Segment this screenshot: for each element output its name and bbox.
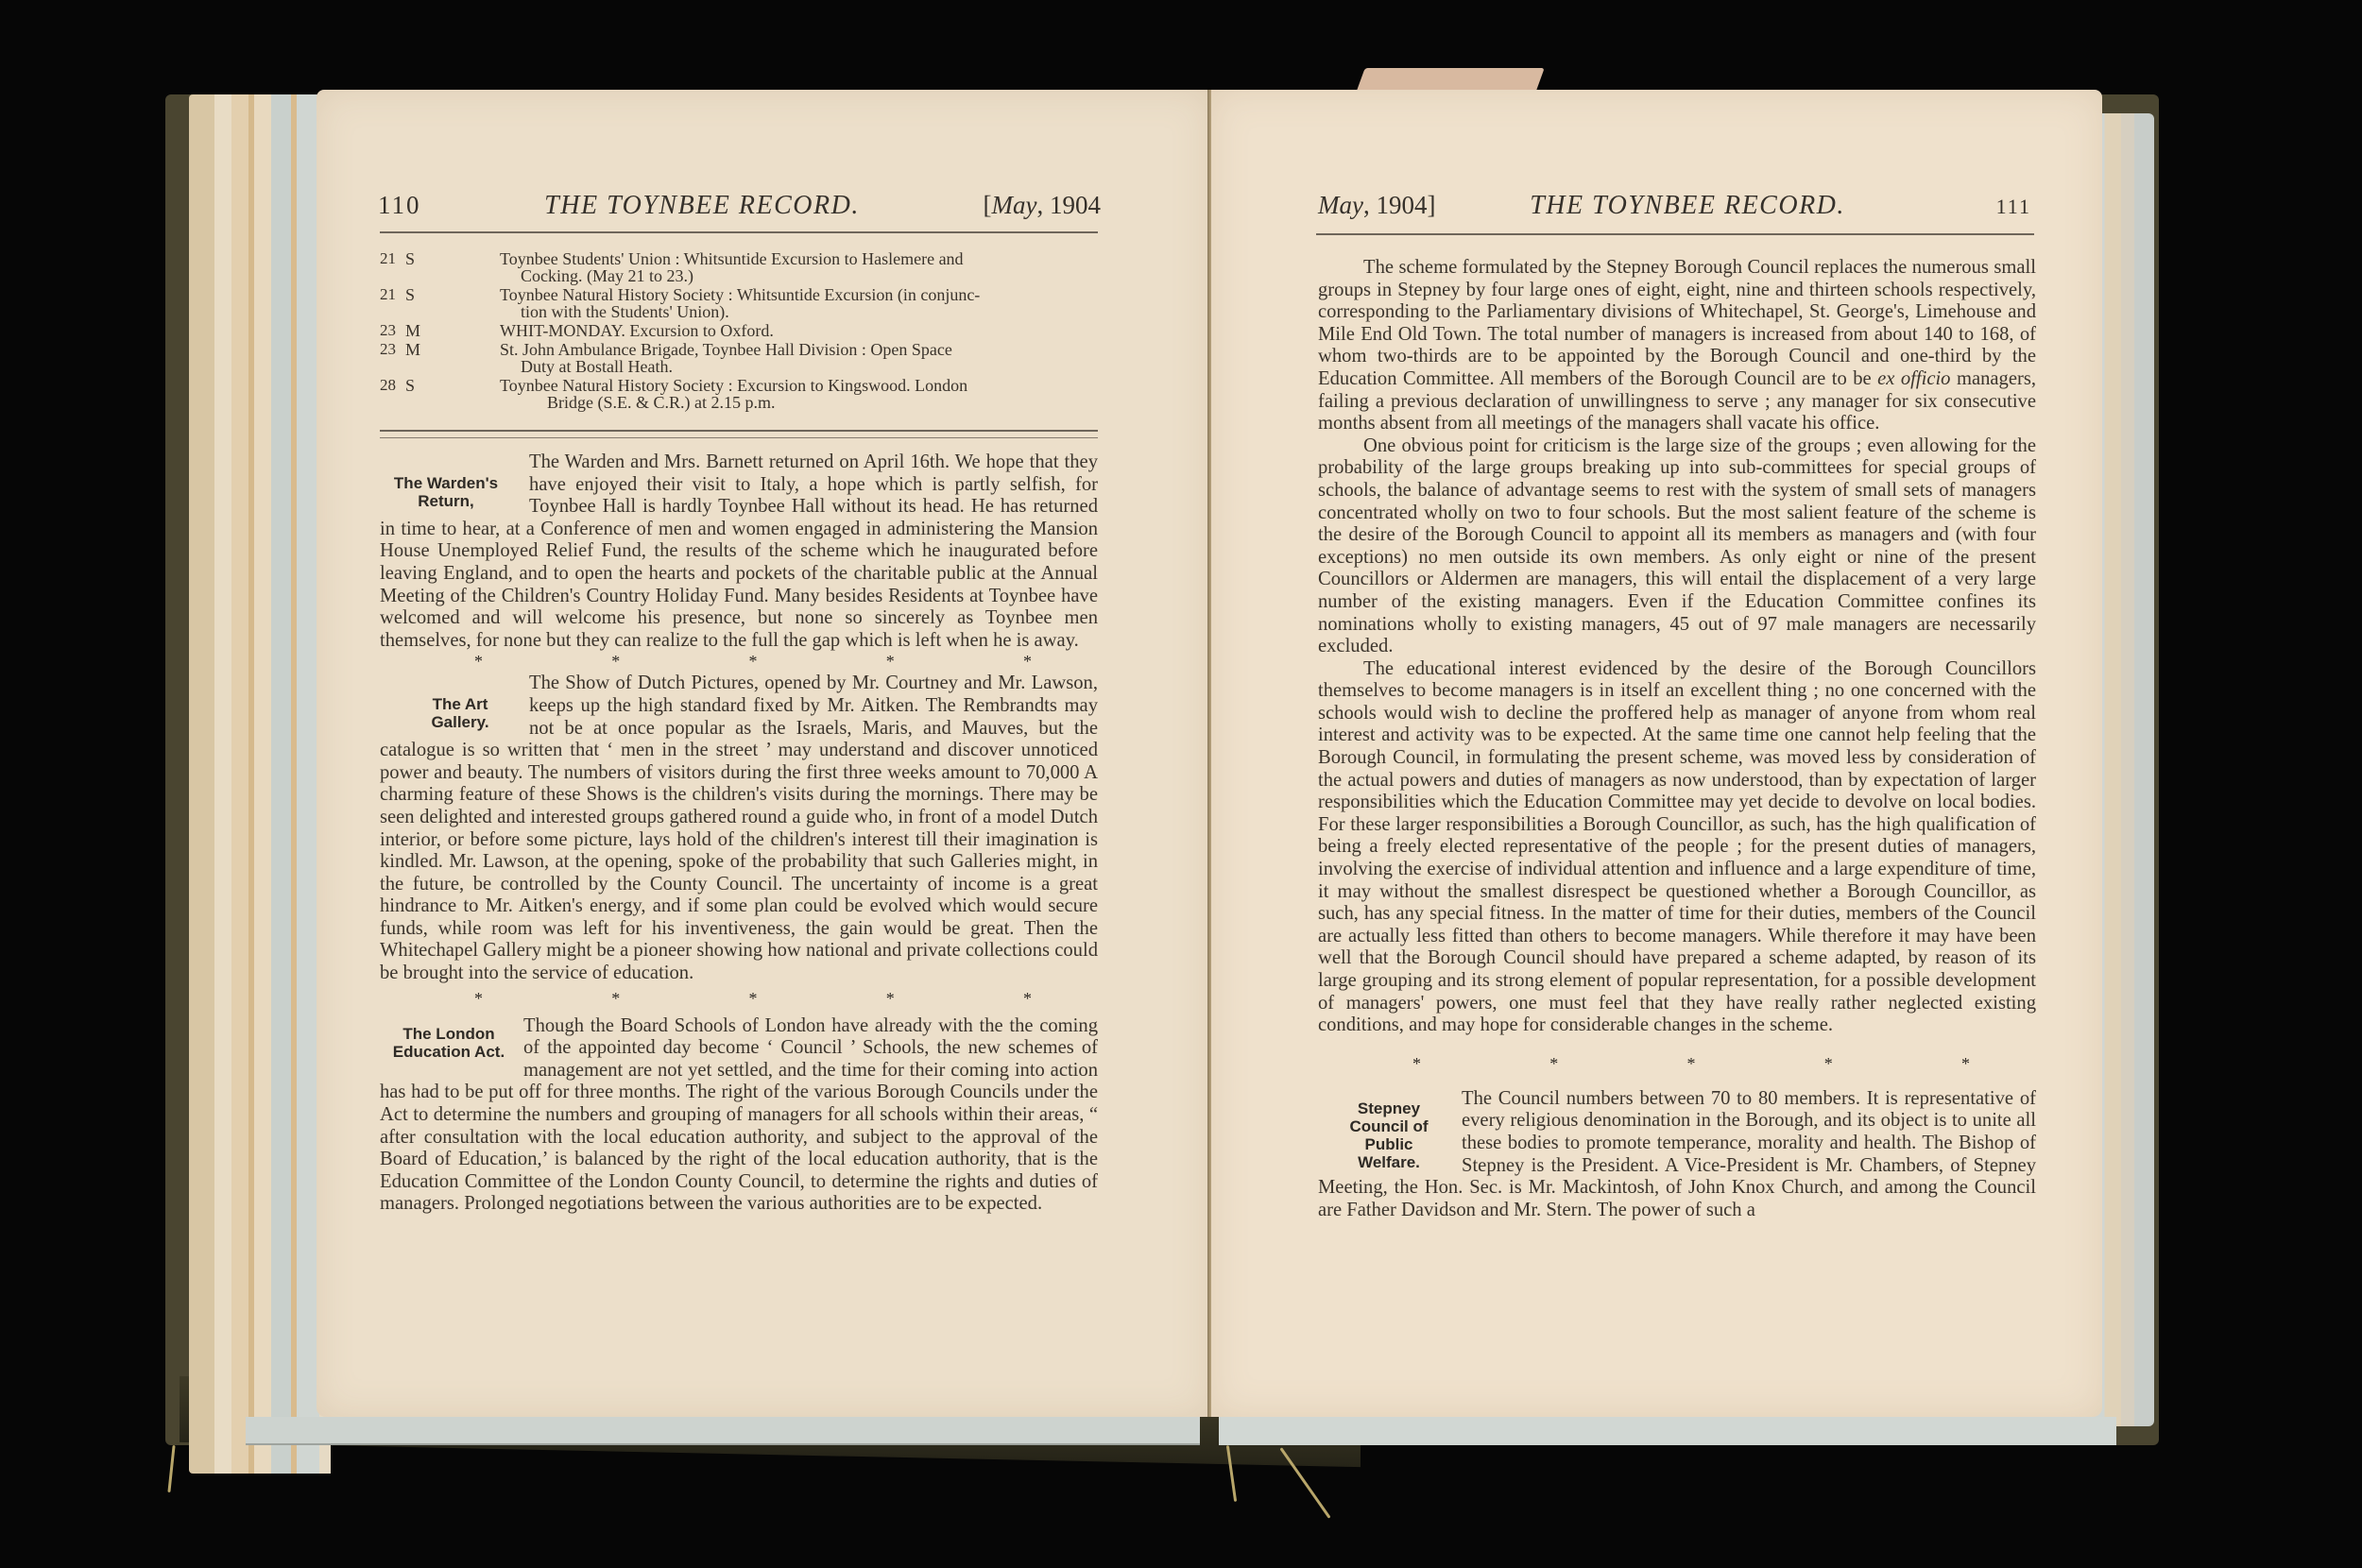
side-heading: The Warden's Return, [380, 474, 512, 510]
bookmark-ribbon [167, 1445, 175, 1492]
paragraph-criticism: One obvious point for criticism is the l… [1318, 435, 2036, 658]
section-separator: ***** [380, 989, 1098, 1010]
running-title: THE TOYNBEE RECORD. [1530, 191, 1845, 221]
schedule-row: 28S Toynbee Natural History Society : Ex… [380, 377, 1098, 411]
schedule-row: 21S Toynbee Natural History Society : Wh… [380, 286, 1098, 320]
left-running-head: 110 THE TOYNBEE RECORD. [May, 1904 [378, 191, 1101, 221]
header-rule [380, 231, 1098, 233]
issue-date: May, 1904] [1318, 191, 1435, 220]
schedule-row: 23M WHIT-MONDAY. Excursion to Oxford. [380, 322, 1098, 339]
section-art-gallery: The Art Gallery. The Show of Dutch Pictu… [380, 673, 1098, 984]
schedule-row: 23M St. John Ambulance Brigade, Toynbee … [380, 341, 1098, 375]
book-gutter [1207, 90, 1211, 1417]
event-schedule: 21S Toynbee Students' Union : Whitsuntid… [380, 250, 1098, 413]
paragraph-educational-interest: The educational interest evidenced by th… [1318, 658, 2036, 1037]
left-page-body: The Warden's Return, The Warden and Mrs.… [380, 452, 1098, 1216]
right-page-stack-bottom [1219, 1417, 2116, 1445]
section-separator: ***** [1318, 1054, 2036, 1075]
paragraph-stepney-scheme: The scheme formulated by the Stepney Bor… [1318, 257, 2036, 435]
page-number: 110 [378, 191, 421, 220]
side-heading: The Art Gallery. [408, 695, 512, 731]
side-heading: Stepney Council of Public Welfare. [1337, 1099, 1441, 1171]
page-number: 111 [1996, 195, 2031, 219]
left-page-stack-bottom [246, 1417, 1200, 1445]
double-rule-divider [380, 430, 1098, 438]
issue-date: [May, 1904 [984, 191, 1101, 220]
right-running-head: May, 1904] THE TOYNBEE RECORD. 111 [1318, 191, 2031, 221]
running-title: THE TOYNBEE RECORD. [544, 191, 860, 221]
header-rule [1316, 233, 2034, 235]
schedule-row: 21S Toynbee Students' Union : Whitsuntid… [380, 250, 1098, 284]
section-wardens-return: The Warden's Return, The Warden and Mrs.… [380, 452, 1098, 652]
section-separator: ***** [380, 652, 1098, 673]
left-page-stack [189, 94, 331, 1474]
section-london-education-act: The London Education Act. Though the Boa… [380, 1015, 1098, 1216]
side-heading: The London Education Act. [387, 1025, 510, 1061]
right-page-body: The scheme formulated by the Stepney Bor… [1318, 257, 2036, 1221]
section-stepney-council: Stepney Council of Public Welfare. The C… [1318, 1088, 2036, 1222]
